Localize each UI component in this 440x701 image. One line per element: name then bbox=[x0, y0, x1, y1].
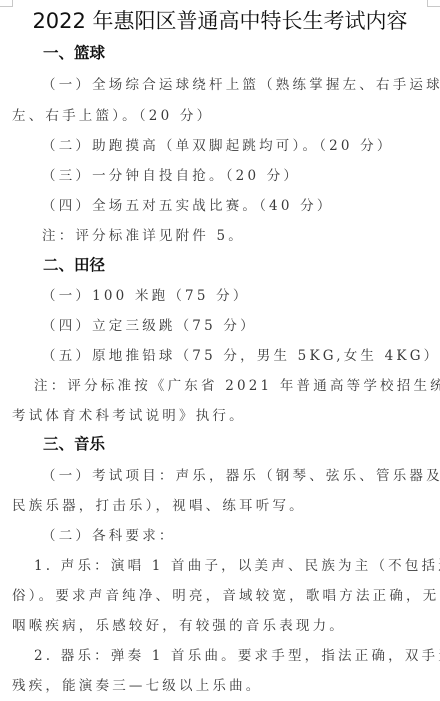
basketball-item-4: （四）全场五对五实战比赛。（40 分） bbox=[42, 194, 334, 214]
music-vocal-requirement: 1. 声乐：演唱 1 首曲子，以美声、民族为主（不包括通 bbox=[34, 554, 440, 574]
basketball-item-1: （一）全场综合运球绕杆上篮（熟练掌握左、右手运球， bbox=[42, 73, 440, 93]
section-heading-basketball: 一、篮球 bbox=[43, 41, 105, 63]
music-item-2: （二）各科要求： bbox=[42, 524, 176, 544]
music-vocal-requirement-cont-1: 俗）。要求声音纯净、明亮，音域较宽，歌唱方法正确，无 bbox=[12, 584, 439, 604]
track-note-cont: 考试体育术科考试说明》执行。 bbox=[12, 404, 246, 424]
basketball-item-2: （二）助跑摸高（单双脚起跳均可）。（20 分） bbox=[42, 134, 394, 154]
section-heading-track-field: 二、田径 bbox=[43, 253, 105, 275]
music-instrument-requirement-cont: 残疾，能演奏三—七级以上乐曲。 bbox=[12, 674, 263, 694]
section-heading-music: 三、音乐 bbox=[43, 432, 105, 454]
document-title: 2022 年惠阳区普通高中特长生考试内容 bbox=[0, 5, 440, 35]
track-item-4: （四）立定三级跳（75 分） bbox=[42, 314, 257, 334]
music-instrument-requirement: 2. 器乐：弹奏 1 首乐曲。要求手型，指法正确，双手无 bbox=[34, 644, 440, 664]
music-vocal-requirement-cont-2: 咽喉疾病，乐感较好，有较强的音乐表现力。 bbox=[12, 614, 346, 634]
track-note: 注：评分标准按《广东省 2021 年普通高等学校招生统一 bbox=[34, 374, 440, 394]
track-item-1: （一）100 米跑（75 分） bbox=[42, 284, 250, 304]
basketball-item-3: （三）一分钟自投自抢。（20 分） bbox=[42, 164, 300, 184]
music-item-1: （一）考试项目：声乐，器乐（钢琴、弦乐、管乐器及 bbox=[42, 464, 440, 484]
music-item-1-cont: 民族乐器，打击乐），视唱、练耳听写。 bbox=[12, 494, 306, 514]
basketball-item-1-cont: 左、右手上篮）。（20 分） bbox=[12, 104, 213, 124]
track-item-5: （五）原地推铅球（75 分，男生 5KG,女生 4KG） bbox=[42, 344, 440, 364]
basketball-note: 注：评分标准详见附件 5。 bbox=[42, 224, 245, 244]
